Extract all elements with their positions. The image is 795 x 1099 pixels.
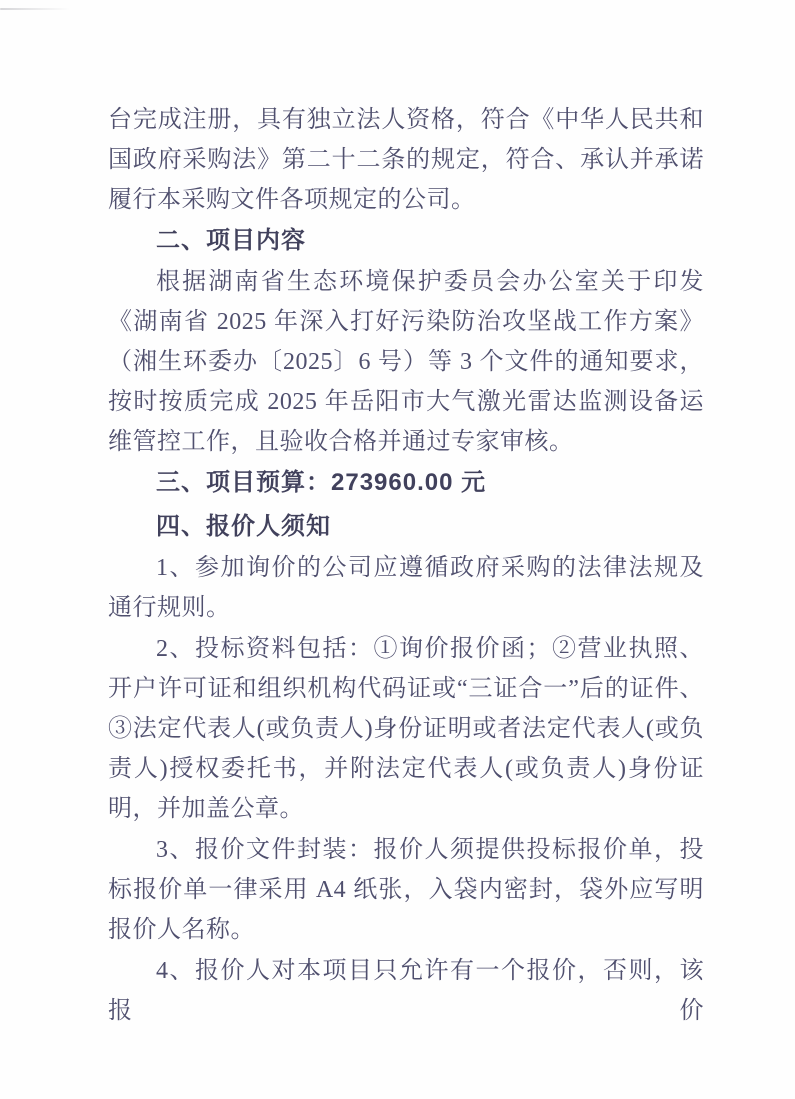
paragraph-notice-item-4-partial: 4、报价人对本项目只允许有一个报价，否则，该报价: [108, 951, 704, 1031]
paragraph-eligibility-continuation: 台完成注册，具有独立法人资格，符合《中华人民共和国政府采购法》第二十二条的规定，…: [108, 100, 704, 220]
paragraph-notice-item-2: 2、投标资料包括：①询价报价函；②营业执照、开户许可证和组织机构代码证或“三证合…: [108, 629, 704, 829]
paragraph-project-content: 根据湖南省生态环境保护委员会办公室关于印发《湖南省 2025 年深入打好污染防治…: [108, 262, 704, 462]
document-body: 台完成注册，具有独立法人资格，符合《中华人民共和国政府采购法》第二十二条的规定，…: [108, 100, 704, 1031]
heading-section-4-bidder-notice: 四、报价人须知: [108, 507, 704, 547]
heading-section-3-project-budget: 三、项目预算：273960.00 元: [108, 463, 704, 503]
scan-edge-artifact: [0, 8, 70, 10]
paragraph-notice-item-3: 3、报价文件封装：报价人须提供投标报价单，投标报价单一律采用 A4 纸张，入袋内…: [108, 830, 704, 950]
heading-section-2-project-content: 二、项目内容: [108, 221, 704, 261]
document-page: 台完成注册，具有独立法人资格，符合《中华人民共和国政府采购法》第二十二条的规定，…: [0, 0, 795, 1099]
paragraph-notice-item-1: 1、参加询价的公司应遵循政府采购的法律法规及通行规则。: [108, 548, 704, 628]
